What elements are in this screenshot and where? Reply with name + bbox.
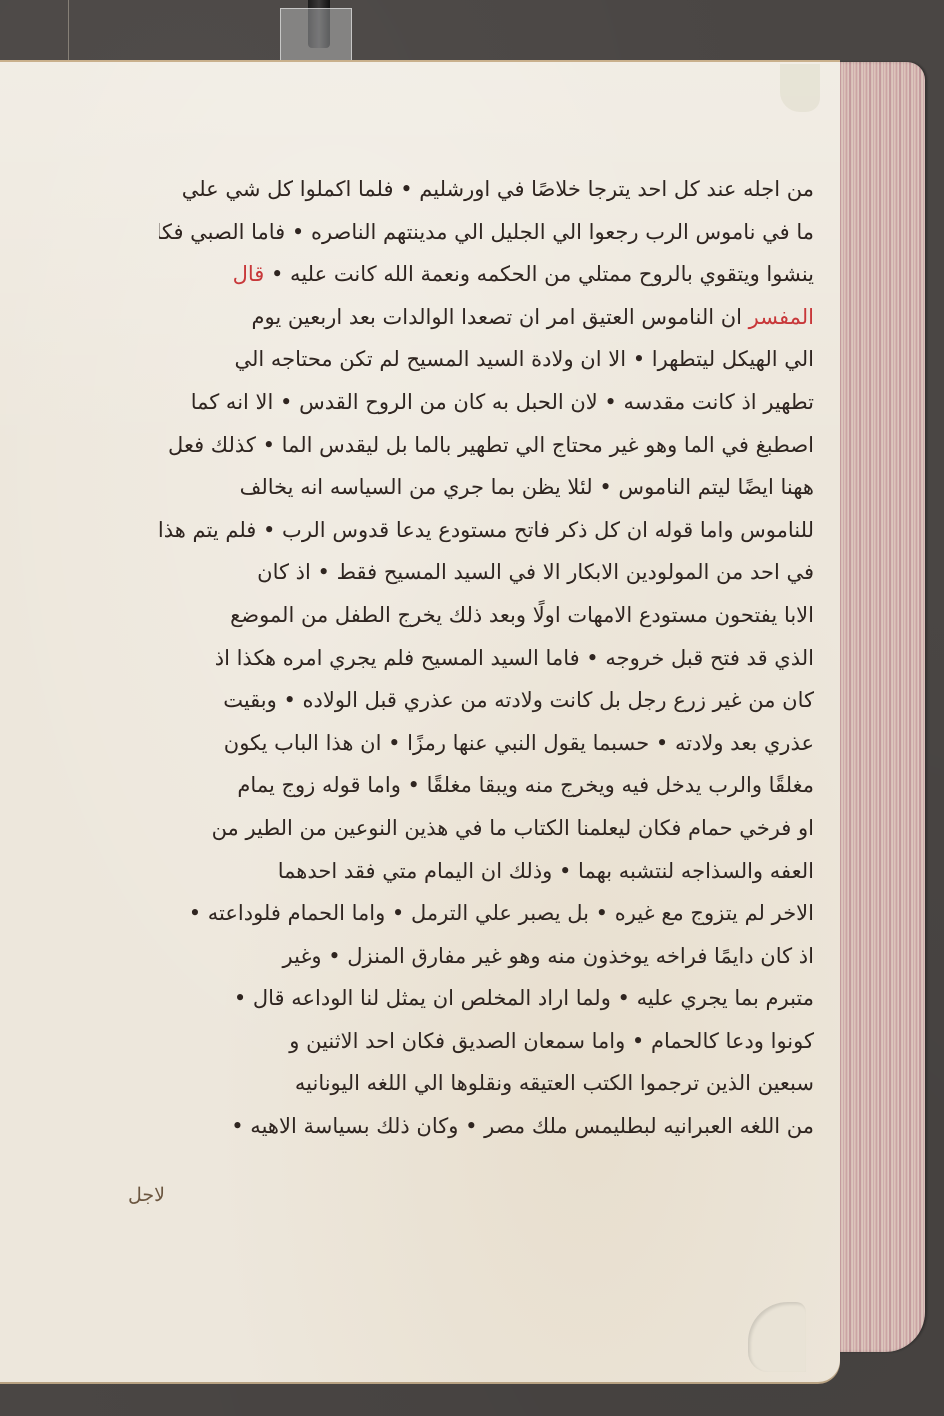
text-line: من اللغه العبرانيه لبطليمس ملك مصر • وكا… [159, 1105, 818, 1148]
text-line: عذري بعد ولادته • حسبما يقول النبي عنها … [159, 722, 818, 765]
text-line: الاخر لم يتزوج مع غيره • بل يصبر علي الت… [159, 892, 818, 935]
hanging-thread [68, 0, 69, 60]
rubric-word: قال [233, 262, 265, 286]
text-line: اذ كان دايمًا فراخه يوخذون منه وهو غير م… [159, 935, 818, 978]
page-corner-top [780, 64, 820, 112]
text-line: او فرخي حمام فكان ليعلمنا الكتاب ما في ه… [159, 807, 818, 850]
text-line: اصطبغ في الما وهو غير محتاج الي تطهير با… [159, 424, 818, 467]
text-line: الذي قد فتح قبل خروجه • فاما السيد المسي… [159, 637, 818, 680]
text-line: من اجله عند كل احد يترجا خلاصًا في اورشل… [159, 168, 818, 211]
text-line: ينشوا ويتقوي بالروح ممتلي من الحكمه ونعم… [159, 253, 818, 296]
text-line: مغلقًا والرب يدخل فيه ويخرج منه ويبقا مغ… [159, 764, 818, 807]
text-line: الابا يفتحون مستودع الامهات اولًا وبعد ذ… [159, 594, 818, 637]
text-line: كونوا ودعا كالحمام • واما سمعان الصديق ف… [159, 1020, 818, 1063]
text-block: من اجله عند كل احد يترجا خلاصًا في اورشل… [10, 168, 818, 1148]
rubric-word: المفسر [749, 305, 814, 329]
text-line: ههنا ايضًا ليتم الناموس • لئلا يظن بما ج… [159, 466, 818, 509]
text-line: كان من غير زرع رجل بل كانت ولادته من عذر… [159, 679, 818, 722]
text-line: ما في ناموس الرب رجعوا الي الجليل الي مد… [159, 211, 818, 254]
text-line: سبعين الذين ترجموا الكتب العتيقه ونقلوها… [159, 1062, 818, 1105]
text-line: للناموس واما قوله ان كل ذكر فاتح مستودع … [159, 509, 818, 552]
text-line: في احد من المولودين الابكار الا في السيد… [159, 551, 818, 594]
text-line: الي الهيكل ليتطهرا • الا ان ولادة السيد … [159, 338, 818, 381]
text-line: المفسر ان الناموس العتيق امر ان تصعدا ال… [159, 296, 818, 339]
text-line: متبرم بما يجري عليه • ولما اراد المخلص ا… [159, 977, 818, 1020]
text-line: تطهير اذ كانت مقدسه • لان الحبل به كان م… [159, 381, 818, 424]
catchword: لاجل [128, 1184, 165, 1206]
text-line: العفه والسذاجه لنتشبه بهما • وذلك ان الي… [159, 850, 818, 893]
